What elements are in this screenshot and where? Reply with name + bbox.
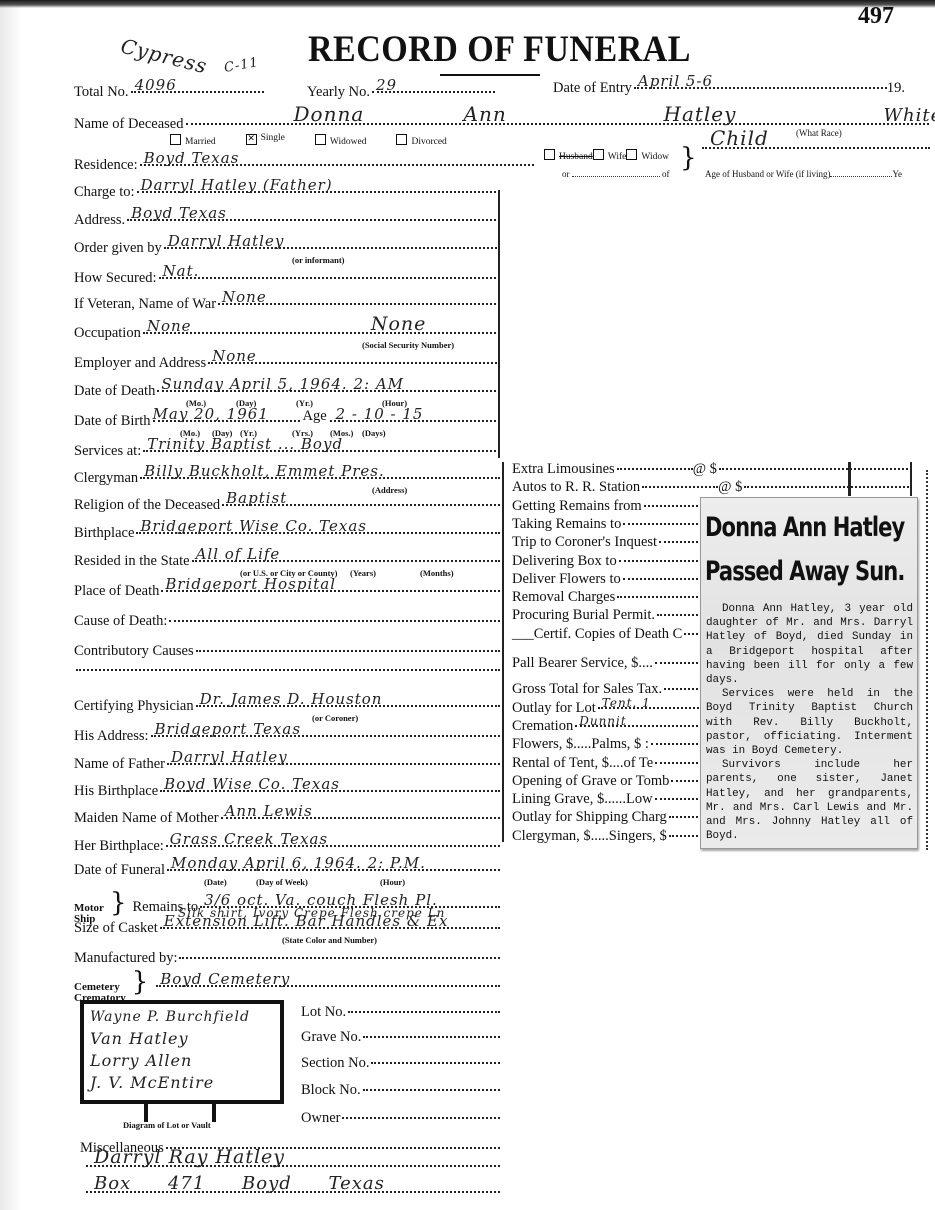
- residence-field: Residence:Boyd Texas: [74, 157, 534, 174]
- checkbox-widow[interactable]: [626, 149, 637, 160]
- her-birthplace-value: Grass Creek Texas: [170, 830, 328, 848]
- field-caption: (Months): [420, 568, 454, 578]
- maiden-name-mother-value: Ann Lewis: [225, 802, 313, 820]
- lot-field: Lot No.: [301, 1004, 500, 1021]
- date-of-birth-field: Date of BirthMay 20, 1961Age2 - 10 - 15: [74, 413, 500, 430]
- yearly-no-label: Yearly No.: [307, 84, 370, 101]
- charge-line-item: Outlay for Shipping Charg: [512, 809, 702, 826]
- charge-line-item: Extra Limousines@ $: [512, 461, 912, 478]
- title-underline: [440, 74, 540, 76]
- miscellaneous-line: Darryl Ray Hatley: [84, 1168, 500, 1170]
- lot-field: Block No.: [301, 1082, 500, 1099]
- services-at-value: Trinity Baptist ... Boyd: [147, 435, 343, 453]
- date-of-birth-value: May 20, 1961: [153, 405, 269, 423]
- clipping-body: Donna Ann Hatley, 3 year old daughter of…: [706, 602, 913, 843]
- birthplace-label: Birthplace: [74, 525, 134, 542]
- order-given-by-field: Order given byDarryl Hatley: [74, 240, 500, 257]
- employer-field: Employer and AddressNone: [74, 355, 500, 372]
- his-birthplace-value: Boyd Wise Co. Texas: [164, 775, 340, 793]
- veteran-value: None: [222, 288, 267, 306]
- total-no-field: Total No. 4096: [74, 84, 264, 101]
- certifying-physician-value: Dr. James D. Houston: [200, 690, 383, 708]
- maiden-name-mother-field: Maiden Name of MotherAnn Lewis: [74, 810, 500, 827]
- religion-value: Baptist: [226, 489, 287, 507]
- pallbearer: Lorry Allen: [90, 1050, 250, 1072]
- order-given-by-value: Darryl Hatley: [168, 232, 285, 250]
- lot-field: Owner: [301, 1110, 500, 1127]
- maiden-name-mother-label: Maiden Name of Mother: [74, 810, 219, 827]
- manufactured-by-label: Manufactured by:: [74, 950, 177, 967]
- charge-line-item: Delivering Box to: [512, 553, 702, 570]
- relation-group: HusbandWifeWidow: [544, 148, 669, 162]
- margin-note-cemetery: Cypress: [118, 34, 210, 79]
- scan-shadow-top: [0, 0, 935, 8]
- clergyman-value: Billy Buckholt, Emmet Pres.: [144, 462, 385, 480]
- his-address-field: His Address:Bridgeport Texas: [74, 728, 500, 745]
- miscellaneous-line: Box 471 Boyd Texas: [84, 1194, 500, 1196]
- lot-field: Section No.: [301, 1055, 500, 1072]
- place-of-death-field: Place of DeathBridgeport Hospital: [74, 583, 500, 600]
- yearly-no-field: Yearly No. 29: [307, 84, 495, 101]
- checkbox-husband[interactable]: [544, 149, 555, 160]
- manufactured-by-field: Manufactured by:: [74, 950, 500, 967]
- age-label: Age: [301, 408, 329, 425]
- date-of-funeral-label: Date of Funeral: [74, 862, 165, 879]
- page-edge-dots: [926, 470, 932, 850]
- charge-line-item: Autos to R. R. Station@ $: [512, 479, 912, 496]
- charge-line-item: Getting Remains from: [512, 498, 702, 515]
- field-caption: (Hour): [380, 877, 405, 887]
- marital-widowed[interactable]: Widowed: [315, 133, 367, 147]
- field-caption: (Address): [372, 485, 407, 495]
- charge-line-item: Procuring Burial Permit.: [512, 607, 702, 624]
- marital-divorced[interactable]: Divorced: [396, 133, 446, 147]
- charge-line-item: Trip to Coroner's Inquest: [512, 534, 702, 551]
- field-caption: (Day of Week): [256, 877, 308, 887]
- clipping-paragraph: Services were held in the Boyd Trinity B…: [706, 687, 913, 758]
- religion-field: Religion of the DeceasedBaptist: [74, 497, 500, 514]
- address-field: Address.Boyd Texas: [74, 212, 500, 229]
- date-of-entry-value: April 5-6: [638, 72, 713, 90]
- his-birthplace-field: His BirthplaceBoyd Wise Co. Texas: [74, 783, 500, 800]
- residence-value: Boyd Texas: [144, 149, 240, 167]
- veteran-field: If Veteran, Name of WarNone: [74, 296, 500, 313]
- resided-in-state-value: All of Life: [196, 545, 281, 563]
- pallbearer: J. V. McEntire: [90, 1072, 250, 1094]
- lot-diagram: Wayne P. Burchfield Van Hatley Lorry All…: [80, 1000, 284, 1104]
- charges-divider: [848, 462, 851, 496]
- field-caption: (Yr.): [296, 398, 313, 408]
- clipping-paragraph: Donna Ann Hatley, 3 year old daughter of…: [706, 602, 913, 687]
- veteran-label: If Veteran, Name of War: [74, 296, 216, 313]
- pallbearer: Van Hatley: [90, 1028, 250, 1050]
- field-caption: (or Coroner): [312, 713, 358, 723]
- checkbox-widowed[interactable]: [315, 134, 326, 145]
- date-of-funeral-value: Monday April 6, 1964. 2: P.M.: [171, 854, 426, 872]
- address-value: Boyd Texas: [131, 204, 227, 222]
- place-of-death-label: Place of Death: [74, 583, 159, 600]
- marital-status-group: Married ✕Single Widowed Divorced: [170, 133, 447, 147]
- date-of-entry-field: Date of Entry April 5-6 19.: [553, 80, 905, 97]
- birthplace-value: Bridgeport Wise Co. Texas: [140, 517, 367, 535]
- social-security-value: None: [371, 313, 427, 335]
- place-of-death-value: Bridgeport Hospital: [165, 575, 336, 593]
- employer-value: None: [212, 347, 257, 365]
- charge-line-item: Clergyman, $.....Singers, $: [512, 828, 702, 845]
- lot-diagram-leg: [144, 1100, 148, 1122]
- clergyman-label: Clergyman: [74, 470, 138, 487]
- date-of-death-field: Date of DeathSunday April 5, 1964. 2: AM: [74, 383, 500, 400]
- contributory-causes-label: Contributory Causes: [74, 643, 194, 660]
- brace-icon: }: [680, 148, 697, 168]
- date-of-death-label: Date of Death: [74, 383, 155, 400]
- address-label: Address.: [74, 212, 125, 229]
- contributory-causes-field: Contributory Causes: [74, 643, 500, 660]
- checkbox-married[interactable]: [170, 134, 181, 145]
- charge-line-item: Rental of Tent, $....of Te: [512, 755, 702, 772]
- deceased-last-name: Hatley: [664, 102, 737, 126]
- employer-label: Employer and Address: [74, 355, 206, 372]
- size-of-casket-value: Extension Lift. Bar Handles & Ex: [164, 912, 449, 930]
- cemetery-value: Boyd Cemetery: [160, 970, 290, 988]
- field-caption: (Years): [350, 568, 376, 578]
- charge-line-item: Taking Remains to: [512, 516, 702, 533]
- scan-shadow-left: [0, 0, 22, 1210]
- how-secured-value: Nat.: [163, 262, 200, 280]
- field-caption: (State Color and Number): [282, 935, 377, 945]
- clipping-headline: Donna Ann Hatley Passed Away Sun.: [705, 506, 916, 594]
- page-title: RECORD OF FUNERAL: [308, 28, 691, 71]
- relation-value: Child: [710, 126, 769, 150]
- cause-of-death-label: Cause of Death:: [74, 613, 167, 630]
- relation-value-field: Child: [700, 150, 930, 152]
- date-of-birth-label: Date of Birth: [74, 413, 151, 430]
- how-secured-field: How Secured:Nat.: [74, 270, 500, 287]
- charge-to-field: Charge to:Darryl Hatley (Father): [74, 184, 500, 201]
- marital-married[interactable]: Married: [170, 133, 216, 147]
- or-of-line: or of: [562, 169, 670, 179]
- certifying-physician-field: Certifying PhysicianDr. James D. Houston: [74, 698, 500, 715]
- deceased-race: White: [884, 105, 935, 126]
- birthplace-field: BirthplaceBridgeport Wise Co. Texas: [74, 525, 500, 542]
- field-caption: (Social Security Number): [362, 340, 454, 350]
- field-caption: (or informant): [292, 255, 345, 265]
- clipping-paragraph: Survivors include her parents, one siste…: [706, 758, 913, 843]
- checkbox-wife[interactable]: [593, 149, 604, 160]
- charge-line-item: Deliver Flowers to: [512, 571, 702, 588]
- his-address-value: Bridgeport Texas: [155, 720, 302, 738]
- charge-line-item: Flowers, $.....Palms, $ :: [512, 736, 702, 753]
- pallbearer: Wayne P. Burchfield: [90, 1006, 250, 1028]
- name-of-father-value: Darryl Hatley: [171, 748, 288, 766]
- date-of-death-value: Sunday April 5, 1964. 2: AM: [161, 375, 404, 393]
- certifying-physician-label: Certifying Physician: [74, 698, 194, 715]
- field-caption: (Days): [362, 428, 386, 438]
- services-at-field: Services at:Trinity Baptist ... Boyd: [74, 443, 500, 460]
- blank-dotted-line: [74, 672, 500, 674]
- lot-field: Grave No.: [301, 1029, 500, 1046]
- column-divider-lower: [502, 462, 504, 842]
- name-of-deceased-label: Name of Deceased: [74, 116, 184, 133]
- lot-diagram-leg: [212, 1100, 216, 1122]
- occupation-label: Occupation: [74, 325, 141, 342]
- name-of-father-label: Name of Father: [74, 756, 165, 773]
- cause-of-death-field: Cause of Death:: [74, 613, 500, 630]
- marital-single[interactable]: ✕Single: [246, 133, 285, 147]
- her-birthplace-field: Her Birthplace:Grass Creek Texas: [74, 838, 500, 855]
- her-birthplace-label: Her Birthplace:: [74, 838, 164, 855]
- yearly-no-value: 29: [376, 76, 397, 94]
- charge-line-item: Lining Grave, $......Low: [512, 791, 702, 808]
- charges-right-border: [910, 462, 912, 496]
- resided-in-state-label: Resided in the State: [74, 553, 190, 570]
- services-at-label: Services at:: [74, 443, 141, 460]
- size-of-casket-label: Size of Casket: [74, 920, 158, 937]
- total-no-value: 4096: [135, 76, 177, 94]
- age-value: 2 - 10 - 15: [336, 405, 424, 423]
- lot-diagram-caption: Diagram of Lot or Vault: [123, 1120, 211, 1130]
- charge-line-item: CremationDunnit: [512, 718, 702, 735]
- charge-line-item: ___Certif. Copies of Death C: [512, 626, 702, 643]
- checkbox-single-checked[interactable]: ✕: [246, 134, 257, 145]
- page-number: 497: [858, 3, 894, 30]
- newspaper-clipping: Donna Ann Hatley Passed Away Sun. Donna …: [700, 497, 918, 849]
- year-prefix: 19.: [887, 80, 905, 97]
- order-given-by-label: Order given by: [74, 240, 162, 257]
- race-caption: (What Race): [796, 128, 842, 138]
- charge-to-label: Charge to:: [74, 184, 135, 201]
- pallbearer-list: Wayne P. Burchfield Van Hatley Lorry All…: [90, 1006, 250, 1094]
- clergyman-field: ClergymanBilly Buckholt, Emmet Pres.: [74, 470, 500, 487]
- his-birthplace-label: His Birthplace: [74, 783, 158, 800]
- column-divider-upper: [498, 190, 500, 458]
- margin-note-plot: C-11: [223, 55, 260, 76]
- date-of-entry-label: Date of Entry: [553, 80, 632, 97]
- religion-label: Religion of the Deceased: [74, 497, 220, 514]
- charge-line-item: Removal Charges: [512, 589, 702, 606]
- his-address-label: His Address:: [74, 728, 149, 745]
- charge-line-item: Pall Bearer Service, $....: [512, 655, 702, 672]
- checkbox-divorced[interactable]: [396, 134, 407, 145]
- total-no-label: Total No.: [74, 84, 129, 101]
- residence-label: Residence:: [74, 157, 138, 174]
- name-of-father-field: Name of FatherDarryl Hatley: [74, 756, 500, 773]
- occupation-value: None: [147, 317, 192, 335]
- spouse-age-label: Age of Husband or Wife (if living)Ye: [705, 169, 902, 179]
- charge-to-value: Darryl Hatley (Father): [141, 176, 333, 194]
- charge-line-item: Opening of Grave or Tomb: [512, 773, 702, 790]
- deceased-first-name: Donna: [294, 102, 365, 126]
- how-secured-label: How Secured:: [74, 270, 157, 287]
- deceased-middle-name: Ann: [464, 102, 507, 126]
- field-caption: (Date): [204, 877, 227, 887]
